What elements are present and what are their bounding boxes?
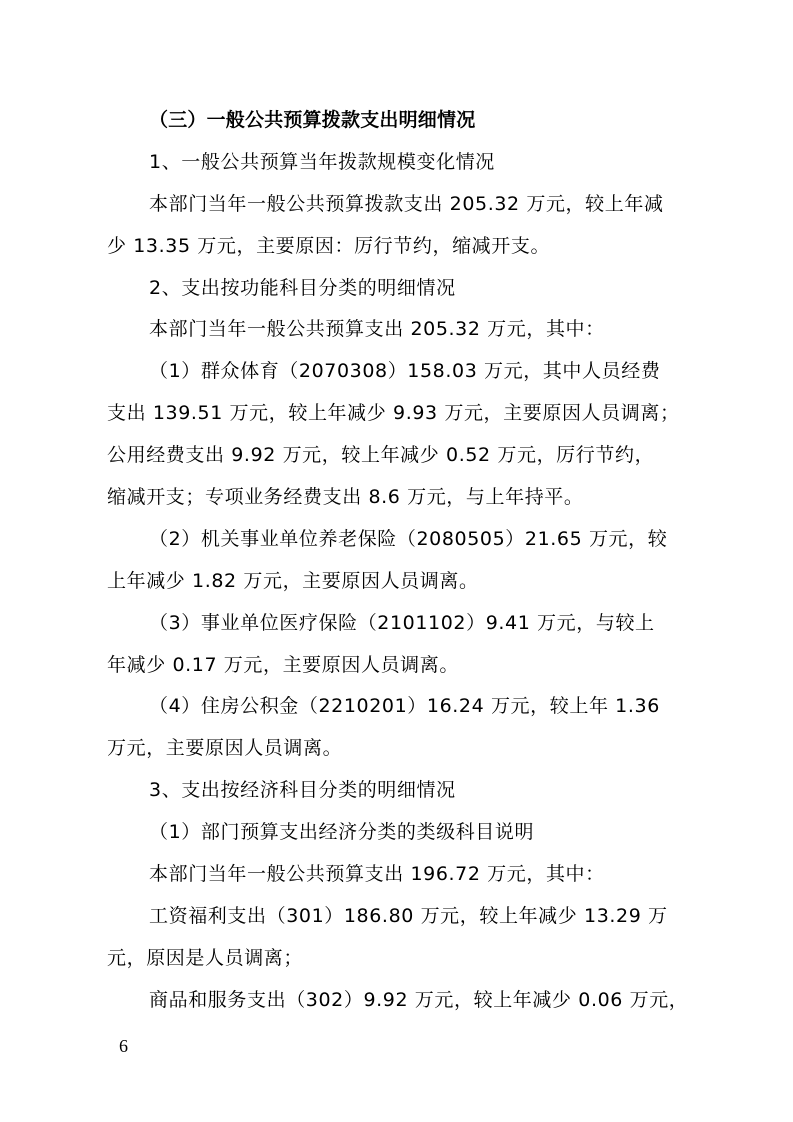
subheading-3-1: （1）部门预算支出经济分类的类级科目说明: [107, 812, 699, 854]
paragraph-line: 本部门当年一般公共预算支出 196.72 万元，其中：: [107, 854, 699, 896]
page-number: 6: [119, 1036, 128, 1057]
subheading-1: 1、一般公共预算当年拨款规模变化情况: [107, 142, 699, 184]
paragraph-line: 元，原因是人员调离；: [107, 938, 699, 980]
paragraph-line: （1）群众体育（2070308）158.03 万元，其中人员经费: [107, 351, 699, 393]
paragraph-line: 支出 139.51 万元，较上年减少 9.93 万元，主要原因人员调离；: [107, 393, 699, 435]
paragraph-line: 商品和服务支出（302）9.92 万元，较上年减少 0.06 万元，: [107, 980, 699, 1022]
paragraph-line: 本部门当年一般公共预算支出 205.32 万元，其中：: [107, 309, 699, 351]
paragraph-line: 少 13.35 万元，主要原因：厉行节约，缩减开支。: [107, 226, 699, 268]
paragraph-line: （3）事业单位医疗保险（2101102）9.41 万元，与较上: [107, 603, 699, 645]
paragraph-line: 年减少 0.17 万元，主要原因人员调离。: [107, 645, 699, 687]
paragraph-line: 上年减少 1.82 万元，主要原因人员调离。: [107, 561, 699, 603]
section-heading: （三）一般公共预算拨款支出明细情况: [107, 100, 699, 142]
paragraph-line: 工资福利支出（301）186.80 万元，较上年减少 13.29 万: [107, 896, 699, 938]
paragraph-line: 缩减开支；专项业务经费支出 8.6 万元，与上年持平。: [107, 477, 699, 519]
page-body: （三）一般公共预算拨款支出明细情况 1、一般公共预算当年拨款规模变化情况 本部门…: [107, 100, 699, 1022]
subheading-2: 2、支出按功能科目分类的明细情况: [107, 268, 699, 310]
paragraph-line: 本部门当年一般公共预算拨款支出 205.32 万元，较上年减: [107, 184, 699, 226]
paragraph-line: （2）机关事业单位养老保险（2080505）21.65 万元，较: [107, 519, 699, 561]
paragraph-line: 万元，主要原因人员调离。: [107, 728, 699, 770]
subheading-3: 3、支出按经济科目分类的明细情况: [107, 770, 699, 812]
paragraph-line: 公用经费支出 9.92 万元，较上年减少 0.52 万元，厉行节约，: [107, 435, 699, 477]
paragraph-line: （4）住房公积金（2210201）16.24 万元，较上年 1.36: [107, 686, 699, 728]
document-page: （三）一般公共预算拨款支出明细情况 1、一般公共预算当年拨款规模变化情况 本部门…: [0, 0, 793, 1122]
